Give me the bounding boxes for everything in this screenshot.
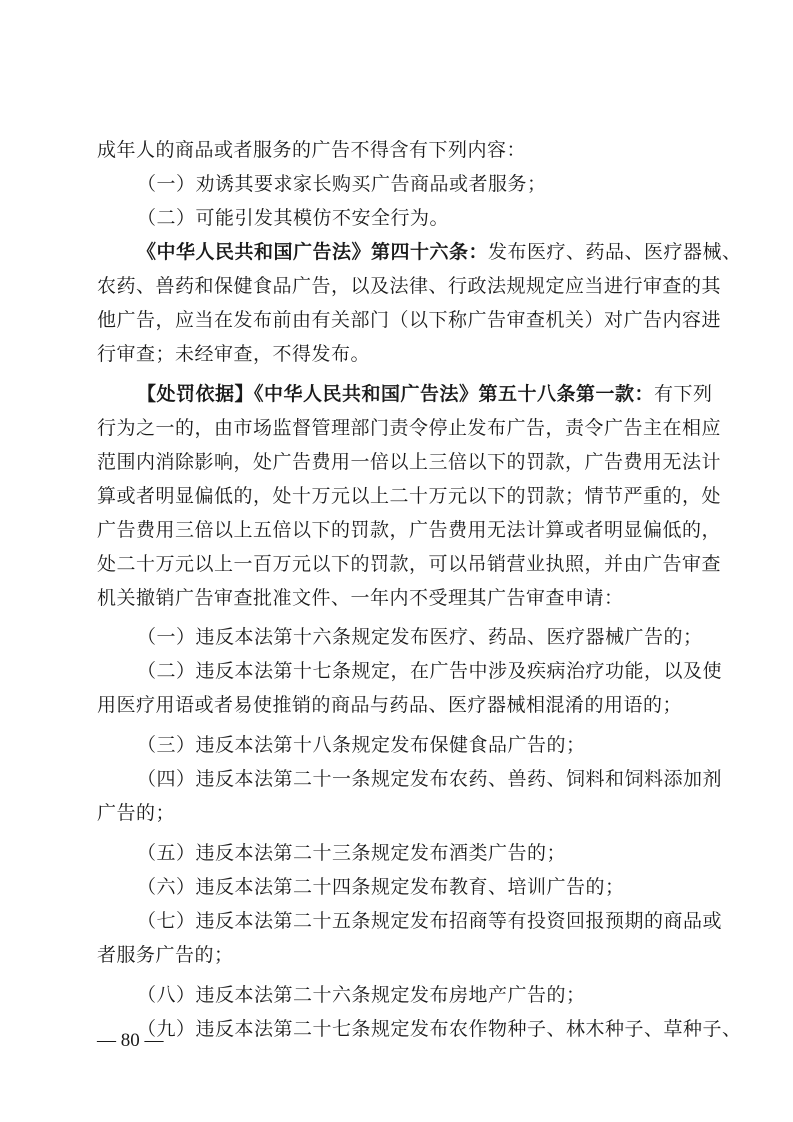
body-text: 用医疗用语或者易使推销的商品与药品、医疗器械相混淆的用语的；: [97, 694, 682, 716]
text-line: （七）违反本法第二十五条规定发布招商等有投资回报预期的商品或: [137, 906, 695, 936]
body-text: （八）违反本法第二十六条规定发布房地产广告的；: [137, 984, 586, 1006]
body-text: （五）违反本法第二十三条规定发布酒类广告的；: [137, 842, 566, 864]
text-line: （四）违反本法第二十一条规定发布农药、兽药、饲料和饲料添加剂: [137, 764, 695, 794]
text-line: （二）违反本法第十七条规定，在广告中涉及疾病治疗功能，以及使: [137, 656, 695, 686]
document-page: 成年人的商品或者服务的广告不得含有下列内容：（一）劝诱其要求家长购买广告商品或者…: [0, 0, 793, 1122]
text-line: （一）违反本法第十六条规定发布医疗、药品、医疗器械广告的；: [137, 622, 695, 652]
text-line: （六）违反本法第二十四条规定发布教育、培训广告的；: [137, 872, 695, 902]
bold-heading-text: 《中华人民共和国广告法》第四十六条：: [137, 241, 488, 263]
body-text: 行审查；未经审查，不得发布。: [97, 343, 370, 365]
body-text: 算或者明显偏低的，处十万元以上二十万元以下的罚款；情节严重的，处: [97, 485, 721, 507]
body-text: （四）违反本法第二十一条规定发布农药、兽药、饲料和饲料添加剂: [137, 768, 722, 790]
text-line: 机关撤销广告审查批准文件、一年内不受理其广告审查申请：: [97, 583, 695, 613]
text-line: 者服务广告的；: [97, 940, 695, 970]
text-line: 处二十万元以上一百万元以下的罚款，可以吊销营业执照，并由广告审查: [97, 549, 695, 579]
text-line: 成年人的商品或者服务的广告不得含有下列内容：: [97, 135, 695, 165]
body-text: 农药、兽药和保健食品广告，以及法律、行政法规规定应当进行审查的其: [97, 275, 721, 297]
text-line: 农药、兽药和保健食品广告，以及法律、行政法规规定应当进行审查的其: [97, 271, 695, 301]
body-text: （三）违反本法第十八条规定发布保健食品广告的；: [137, 734, 586, 756]
body-text: 者服务广告的；: [97, 944, 234, 966]
text-line: 范围内消除影响，处广告费用一倍以上三倍以下的罚款，广告费用无法计: [97, 447, 695, 477]
text-line: （五）违反本法第二十三条规定发布酒类广告的；: [137, 838, 695, 868]
body-text: 广告的；: [97, 802, 175, 824]
body-text: 成年人的商品或者服务的广告不得含有下列内容：: [97, 139, 526, 161]
text-line: 《中华人民共和国广告法》第四十六条：发布医疗、药品、医疗器械、: [137, 237, 695, 267]
text-line: 他广告，应当在发布前由有关部门（以下称广告审查机关）对广告内容进: [97, 305, 695, 335]
text-line: 广告的；: [97, 798, 695, 828]
body-text: 处二十万元以上一百万元以下的罚款，可以吊销营业执照，并由广告审查: [97, 553, 721, 575]
body-text: （九）违反本法第二十七条规定发布农作物种子、林木种子、草种子、: [137, 1018, 742, 1040]
body-text: 发布医疗、药品、医疗器械、: [488, 241, 742, 263]
body-text: （一）违反本法第十六条规定发布医疗、药品、医疗器械广告的；: [137, 626, 703, 648]
text-line: （三）违反本法第十八条规定发布保健食品广告的；: [137, 730, 695, 760]
page-number: — 80 —: [97, 1030, 164, 1052]
body-text: （一）劝诱其要求家长购买广告商品或者服务；: [137, 173, 547, 195]
body-text: 他广告，应当在发布前由有关部门（以下称广告审查机关）对广告内容进: [97, 309, 721, 331]
text-line: （九）违反本法第二十七条规定发布农作物种子、林木种子、草种子、: [137, 1014, 695, 1044]
text-line: 广告费用三倍以上五倍以下的罚款，广告费用无法计算或者明显偏低的，: [97, 515, 695, 545]
body-text: 广告费用三倍以上五倍以下的罚款，广告费用无法计算或者明显偏低的，: [97, 519, 721, 541]
body-text: 范围内消除影响，处广告费用一倍以上三倍以下的罚款，广告费用无法计: [97, 451, 721, 473]
text-line: 用医疗用语或者易使推销的商品与药品、医疗器械相混淆的用语的；: [97, 690, 695, 720]
body-text: （二）违反本法第十七条规定，在广告中涉及疾病治疗功能，以及使: [137, 660, 722, 682]
text-line: 【处罚依据】《中华人民共和国广告法》第五十八条第一款：有下列: [137, 379, 695, 409]
body-text: 机关撤销广告审查批准文件、一年内不受理其广告审查申请：: [97, 587, 624, 609]
body-text: （六）违反本法第二十四条规定发布教育、培训广告的；: [137, 876, 625, 898]
text-line: （八）违反本法第二十六条规定发布房地产广告的；: [137, 980, 695, 1010]
body-text: （二）可能引发其模仿不安全行为。: [137, 207, 449, 229]
text-line: 行审查；未经审查，不得发布。: [97, 339, 695, 369]
text-line: （二）可能引发其模仿不安全行为。: [137, 203, 695, 233]
text-line: （一）劝诱其要求家长购买广告商品或者服务；: [137, 169, 695, 199]
bold-heading-text: 【处罚依据】《中华人民共和国广告法》第五十八条第一款：: [137, 383, 654, 405]
body-text: 行为之一的，由市场监督管理部门责令停止发布广告，责令广告主在相应: [97, 417, 721, 439]
text-line: 行为之一的，由市场监督管理部门责令停止发布广告，责令广告主在相应: [97, 413, 695, 443]
text-line: 算或者明显偏低的，处十万元以上二十万元以下的罚款；情节严重的，处: [97, 481, 695, 511]
body-text: （七）违反本法第二十五条规定发布招商等有投资回报预期的商品或: [137, 910, 722, 932]
body-text: 有下列: [654, 383, 713, 405]
